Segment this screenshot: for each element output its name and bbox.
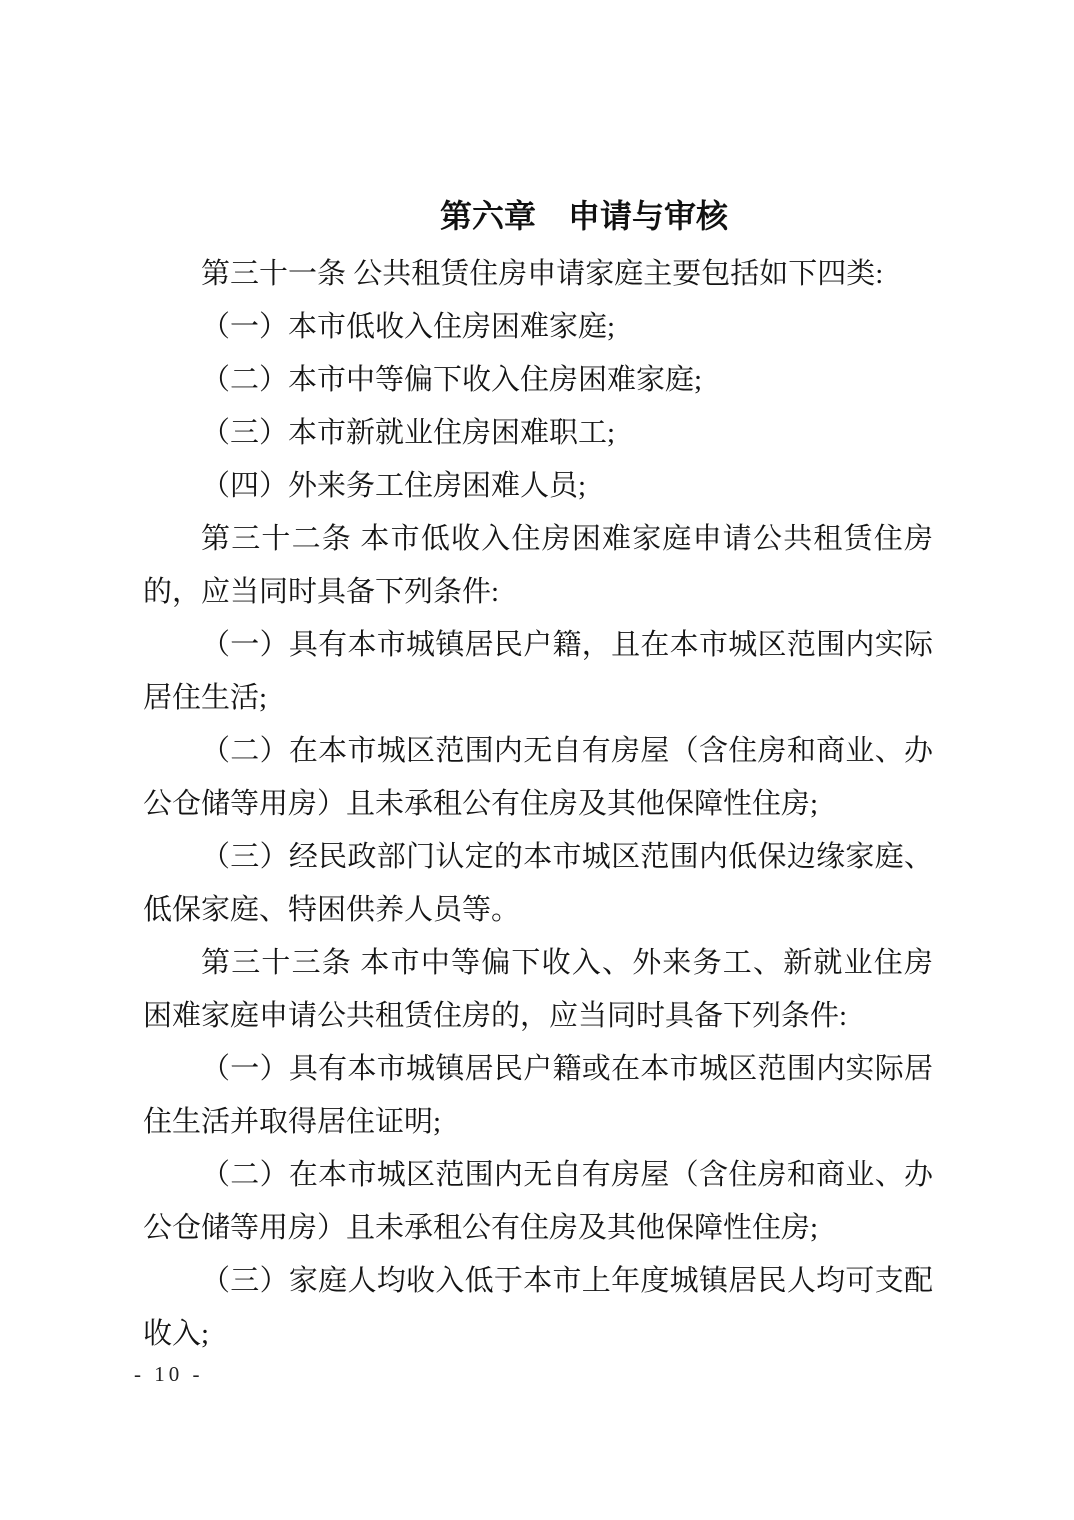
page-number: - 10 -: [134, 1362, 204, 1387]
article-31-item-1: （一）本市低收入住房困难家庭;: [143, 301, 933, 354]
chapter-title: 第六章 申请与审核: [440, 194, 728, 238]
article-31-item-2: （二）本市中等偏下收入住房困难家庭;: [143, 354, 933, 407]
article-31-item-3: （三）本市新就业住房困难职工;: [143, 407, 933, 460]
article-31-item-4: （四）外来务工住房困难人员;: [143, 460, 933, 513]
article-32-item-2: （二）在本市城区范围内无自有房屋（含住房和商业、办公仓储等用房）且未承租公有住房…: [143, 725, 933, 831]
article-32-item-3: （三）经民政部门认定的本市城区范围内低保边缘家庭、低保家庭、特困供养人员等。: [143, 831, 933, 937]
article-32-item-1: （一）具有本市城镇居民户籍，且在本市城区范围内实际居住生活;: [143, 619, 933, 725]
document-page: 第六章 申请与审核 第三十一条 公共租赁住房申请家庭主要包括如下四类: （一）本…: [0, 0, 1074, 1520]
article-33-heading-paragraph: 第三十三条 本市中等偏下收入、外来务工、新就业住房困难家庭申请公共租赁住房的，应…: [143, 937, 933, 1043]
article-33-item-2: （二）在本市城区范围内无自有房屋（含住房和商业、办公仓储等用房）且未承租公有住房…: [143, 1149, 933, 1255]
article-31-heading-paragraph: 第三十一条 公共租赁住房申请家庭主要包括如下四类:: [143, 248, 933, 301]
article-33-item-1: （一）具有本市城镇居民户籍或在本市城区范围内实际居住生活并取得居住证明;: [143, 1043, 933, 1149]
article-32-heading-paragraph: 第三十二条 本市低收入住房困难家庭申请公共租赁住房的，应当同时具备下列条件:: [143, 513, 933, 619]
article-33-item-3: （三）家庭人均收入低于本市上年度城镇居民人均可支配收入;: [143, 1255, 933, 1361]
document-body: 第三十一条 公共租赁住房申请家庭主要包括如下四类: （一）本市低收入住房困难家庭…: [143, 248, 933, 1361]
